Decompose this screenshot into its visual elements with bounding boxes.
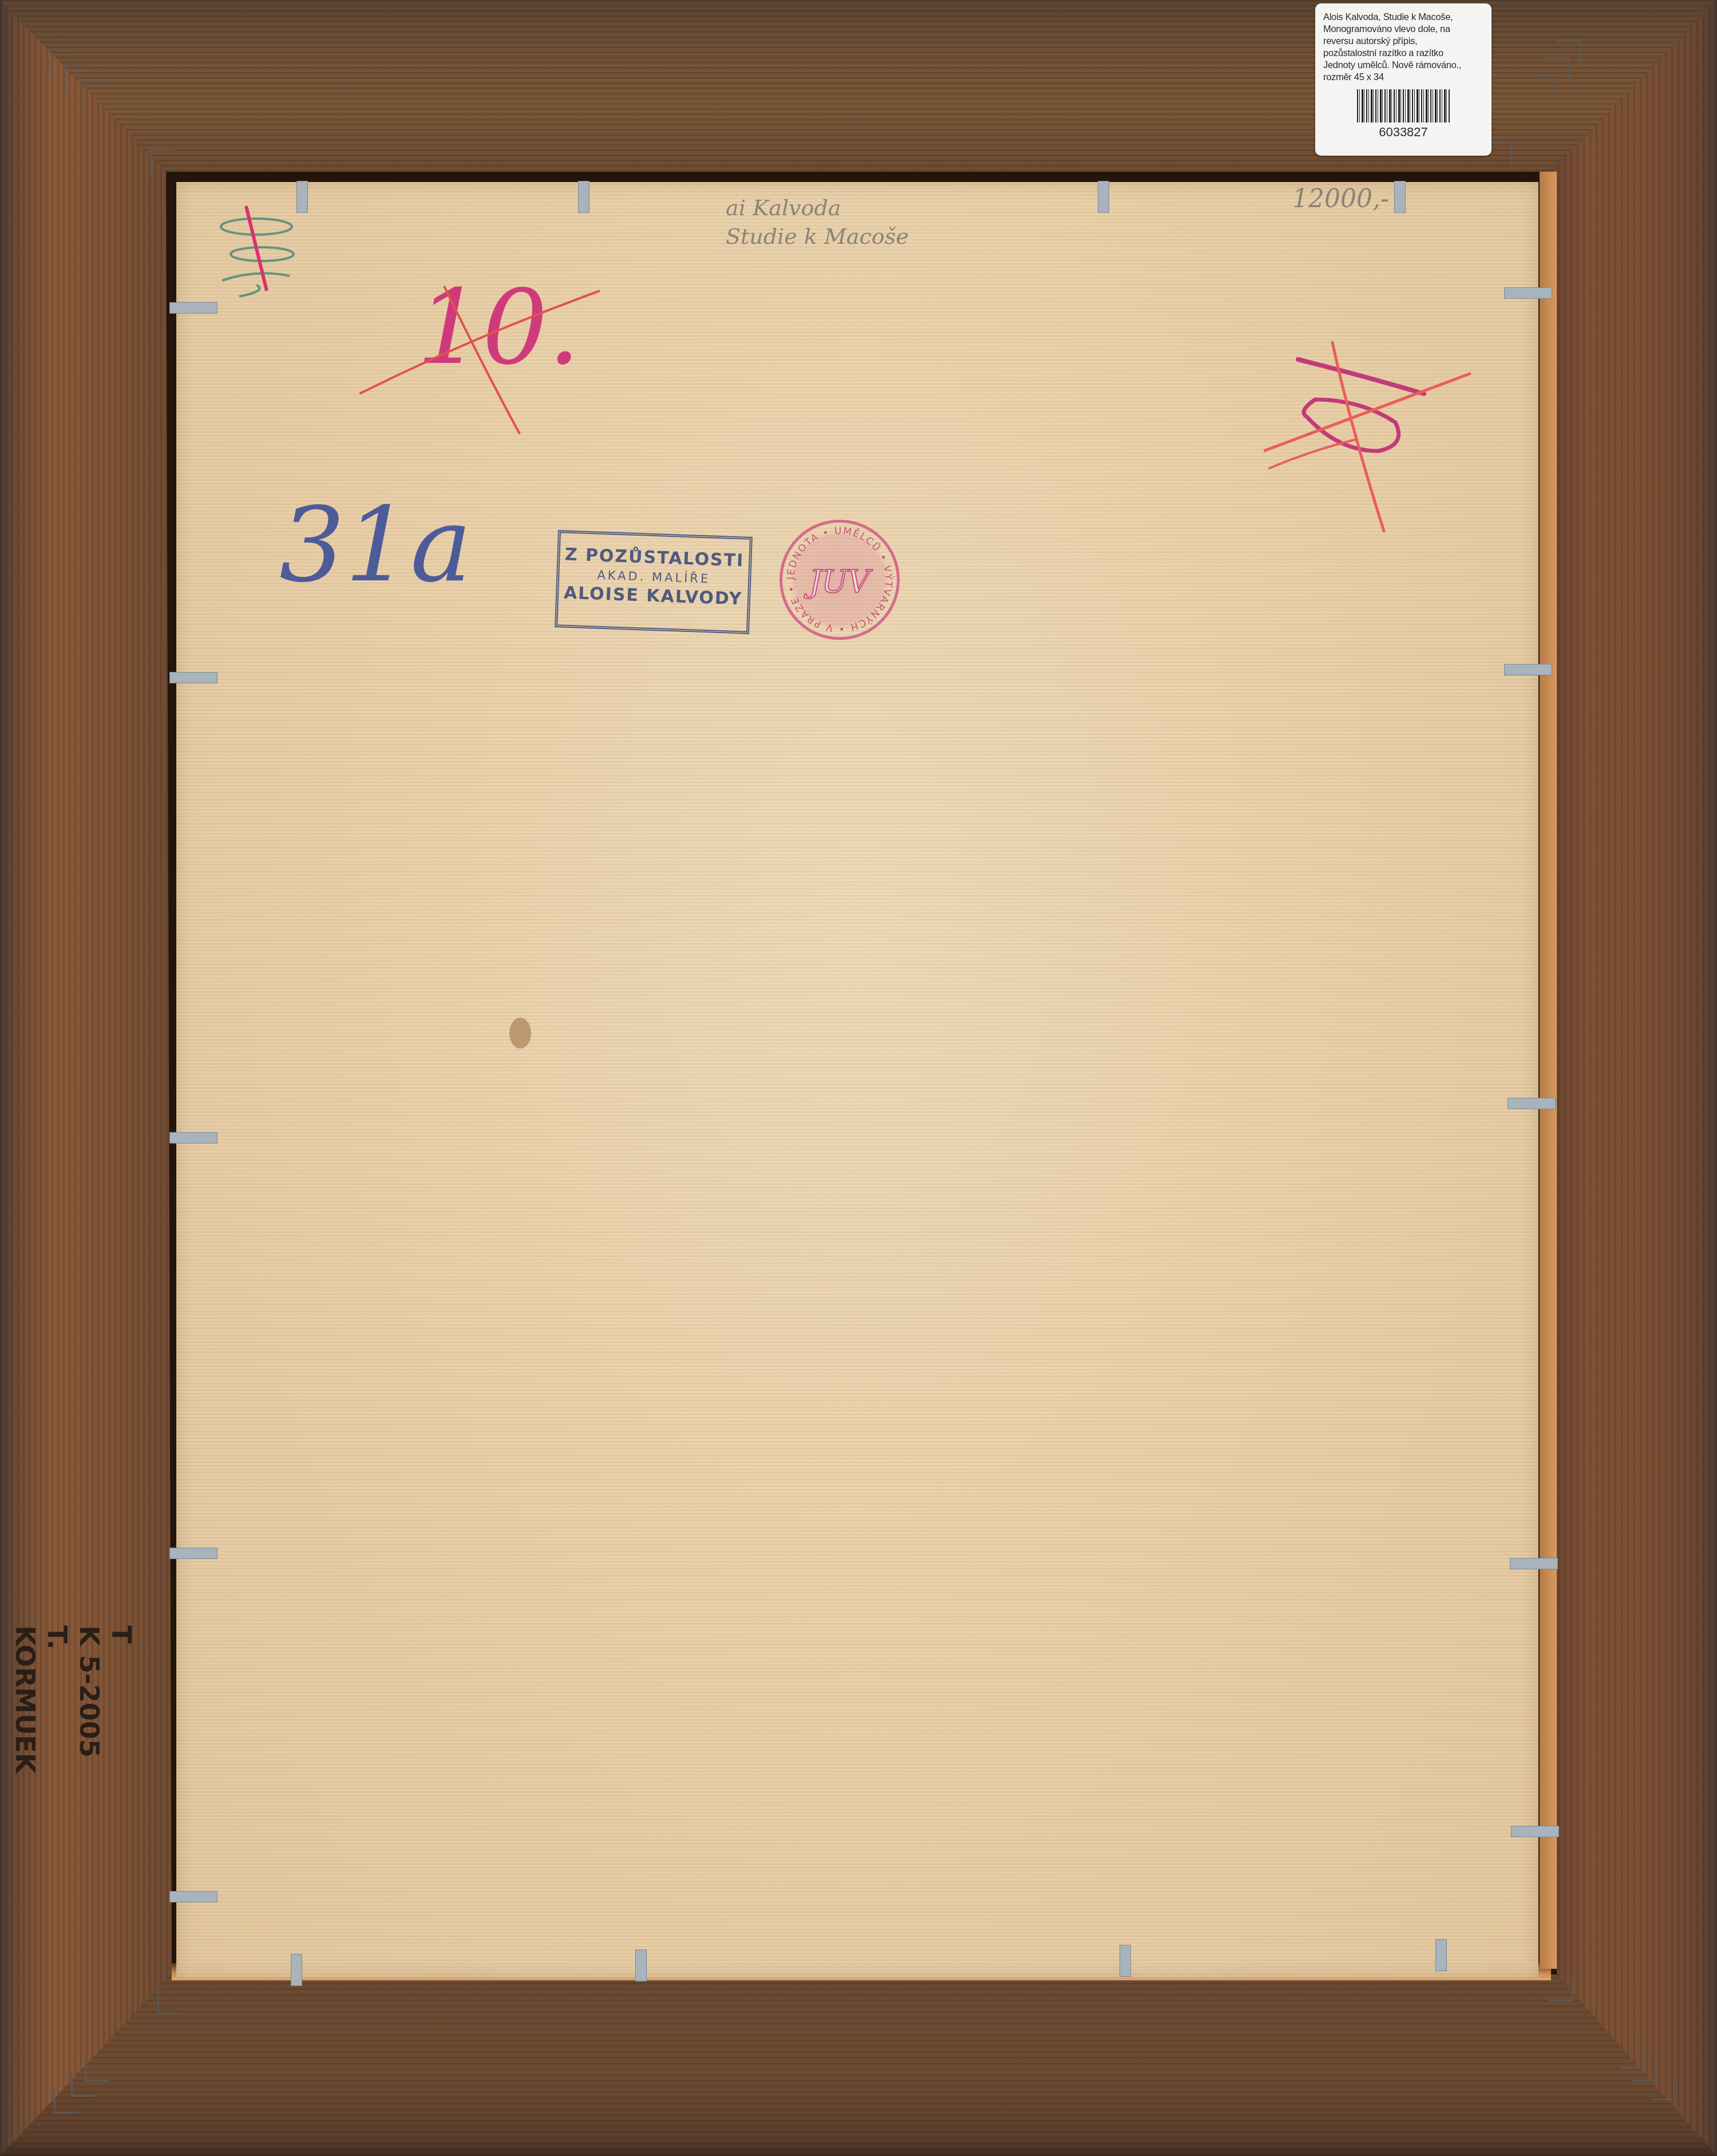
clip-icon: [169, 302, 217, 314]
pencil-note-line1: ai Kalvoda: [726, 193, 909, 222]
pencil-price: 12000,-: [1292, 184, 1389, 213]
clip-icon: [1511, 1826, 1559, 1837]
frame-writing-line1: T: [105, 1625, 137, 1797]
rabbet-lip-right: [1540, 172, 1557, 1969]
label-description: Alois Kalvoda, Studie k Macoše, Monogram…: [1323, 11, 1483, 84]
clip-icon: [1119, 1945, 1131, 1977]
clip-icon: [291, 1954, 302, 1986]
staple-icon: [150, 149, 175, 173]
staple-icon: [81, 80, 106, 105]
frame-writing-line2: K 5-2005: [73, 1625, 105, 1797]
clip-icon: [1435, 1939, 1447, 1971]
clip-icon: [169, 1132, 217, 1144]
barcode-icon: [1357, 89, 1450, 122]
clip-icon: [635, 1949, 647, 1981]
frame-rail-left: [0, 0, 177, 2156]
blue-inventory-number: 31a: [279, 485, 472, 605]
backing-board: 10. ai Kalvoda Studie k Macoše 12000,- 3…: [176, 182, 1538, 1978]
clip-icon: [1510, 1558, 1558, 1569]
svg-text:JUV: JUV: [804, 564, 873, 600]
clip-icon: [1508, 1098, 1556, 1109]
seal-emblem-icon: JEDNOTA • UMĚLCŮ • VÝTVARNÝCH • V PRAZE …: [782, 523, 897, 637]
clip-icon: [1504, 287, 1552, 299]
pencil-note-line2: Studie k Macoše: [726, 222, 909, 251]
clip-icon: [169, 672, 217, 683]
clip-icon: [169, 1891, 217, 1902]
artists-union-seal: JEDNOTA • UMĚLCŮ • VÝTVARNÝCH • V PRAZE …: [780, 520, 900, 640]
crossed-number-10: 10.: [359, 274, 600, 440]
clip-icon: [578, 181, 590, 213]
staple-icon: [1488, 141, 1513, 165]
barcode-number: 6033827: [1323, 125, 1483, 140]
clip-icon: [169, 1548, 217, 1559]
auction-label: Alois Kalvoda, Studie k Macoše, Monogram…: [1315, 3, 1492, 156]
staple-icon: [1532, 76, 1556, 100]
frame-rail-right: [1545, 0, 1717, 2156]
estate-stamp: Z POZŮSTALOSTI AKAD. MALÍŘE ALOISE KALVO…: [555, 530, 753, 634]
frame-rail-bottom: [0, 1975, 1717, 2156]
estate-stamp-line1: Z POZŮSTALOSTI: [560, 544, 749, 571]
clip-icon: [1098, 181, 1109, 213]
estate-stamp-line3: ALOISE KALVODY: [559, 583, 748, 609]
clip-icon: [1504, 664, 1552, 675]
frame-writing-line3: T. KORMUEK: [9, 1625, 73, 1797]
pencil-title-note: ai Kalvoda Studie k Macoše: [726, 193, 909, 251]
green-scribble-mark: [216, 205, 296, 308]
clip-icon: [296, 181, 308, 213]
staple-icon: [1549, 1977, 1573, 2001]
stain: [509, 1018, 531, 1049]
crossed-scribble-right: [1264, 337, 1481, 543]
frame-rail-inscription: T K 5-2005 T. KORMUEK: [0, 1625, 34, 1797]
staple-icon: [54, 2089, 78, 2114]
clip-icon: [1394, 181, 1406, 213]
staple-icon: [1653, 2075, 1678, 2100]
staple-icon: [157, 1989, 182, 2014]
